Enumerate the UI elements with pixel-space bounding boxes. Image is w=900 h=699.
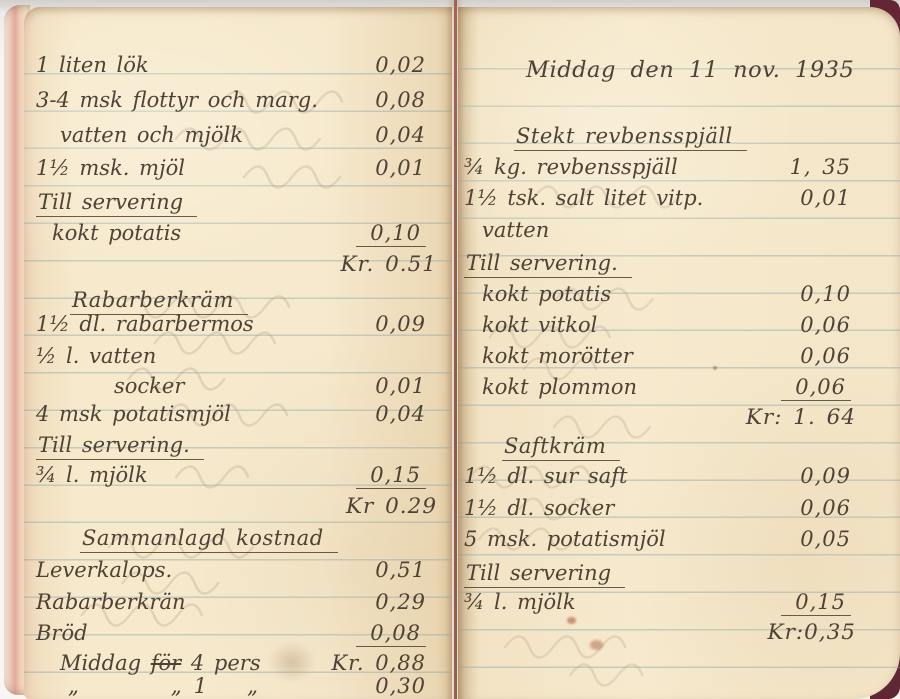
text-part: „ <box>171 674 182 698</box>
entry-text: 5 msk. potatismjöl <box>464 527 666 551</box>
price-amount: 0,10 <box>800 282 851 306</box>
price-amount: 0,09 <box>800 464 851 488</box>
entry-text: kokt vitkol <box>482 313 597 337</box>
entry-row: ¾ l. mjölk0,15 <box>464 590 894 620</box>
entry-row: vatten <box>464 218 894 248</box>
price-amount: 0,15 <box>781 590 851 616</box>
entry-text: ¾ l. mjölk <box>464 590 576 614</box>
entry-text: socker <box>114 374 184 398</box>
binding-gutter <box>446 0 464 699</box>
text-part: „ <box>68 674 79 698</box>
entry-text: Rabarberkrän <box>36 590 186 614</box>
price-amount: 0,08 <box>356 621 426 647</box>
entry-text: 1½ dl. sur saft <box>464 464 627 488</box>
entry-row: 5 msk. potatismjöl0,05 <box>464 527 894 557</box>
entry-text: Sammanlagd kostnad <box>80 526 338 553</box>
entry-text: Till servering <box>464 561 625 588</box>
right-page-entries: Middag den 11 nov. 1935Stekt revbensspjä… <box>458 7 900 699</box>
date-title: Middag den 11 nov. 1935 <box>464 57 894 87</box>
price-amount: 0,06 <box>800 344 851 368</box>
entry-text: Rabarberkräm <box>70 288 248 315</box>
ditto-marks-row: „„1„0,30 <box>36 674 446 699</box>
entry-text: 1½ msk. mjöl <box>36 156 185 180</box>
price-amount: 1, 35 <box>790 155 851 179</box>
price-amount: 0,01 <box>375 374 426 398</box>
entry-text: Till servering. <box>464 251 632 278</box>
entry-row: 4 msk potatismjöl0,04 <box>36 402 446 432</box>
entry-text: 4 msk potatismjöl <box>36 402 231 426</box>
text-part: 4 pers <box>181 651 260 675</box>
entry-text: 3-4 msk flottyr och marg. <box>36 88 318 112</box>
entry-text: 1 liten lök <box>36 53 149 77</box>
price-amount: 0,08 <box>375 88 426 112</box>
section-header: Sammanlagd kostnad <box>36 526 446 556</box>
text-part: Middag <box>60 651 151 675</box>
entry-text: Middag för 4 pers <box>60 651 261 675</box>
price-amount: 0,05 <box>800 527 851 551</box>
entry-row: vatten och mjölk0,04 <box>36 123 446 153</box>
entry-row: kokt potatis0,10 <box>36 221 446 251</box>
entry-text: Till servering <box>36 190 197 217</box>
total-amount: Kr:0,35 <box>768 620 856 645</box>
entry-row: socker0,01 <box>36 374 446 404</box>
entry-row: kokt vitkol0,06 <box>464 313 894 343</box>
price-amount: 0,02 <box>375 53 426 77</box>
price-amount: 0,51 <box>375 558 426 582</box>
entry-row: ½ l. vatten <box>36 344 446 374</box>
struck-word: för <box>151 651 181 675</box>
section-header: Saftkräm <box>464 434 894 464</box>
subsection-header: Till servering. <box>464 251 894 281</box>
entry-row: 1½ dl. socker0,06 <box>464 496 894 526</box>
entry-row: 1½ tsk. salt litet vitp.0,01 <box>464 186 894 216</box>
entry-text: 1½ tsk. salt litet vitp. <box>464 186 703 210</box>
price-amount: 0,30 <box>375 674 426 698</box>
entry-row: 1 liten lök0,02 <box>36 53 446 83</box>
entry-row: Bröd0,08 <box>36 621 446 651</box>
price-amount: 0,15 <box>356 463 426 489</box>
total-amount: Kr 0.29 <box>346 494 437 519</box>
entry-row: ¾ kg. revbensspjäll1, 35 <box>464 155 894 185</box>
total-amount-row: Kr 0.29 <box>36 494 446 524</box>
entry-text: ½ l. vatten <box>36 344 156 368</box>
price-amount: Kr. 0,88 <box>331 651 426 675</box>
entry-row: kokt potatis0,10 <box>464 282 894 312</box>
subsection-header: Till servering <box>36 190 446 220</box>
entry-text: Leverkalops. <box>36 558 172 582</box>
total-amount-row: Kr: 1. 64 <box>464 405 894 435</box>
entry-text: 1½ dl. rabarbermos <box>36 312 254 336</box>
entry-row: Rabarberkrän0,29 <box>36 590 446 620</box>
price-amount: 0,01 <box>375 156 426 180</box>
entry-row: 3-4 msk flottyr och marg.0,08 <box>36 88 446 118</box>
entry-text: kokt potatis <box>482 282 611 306</box>
text-part: 1 <box>194 674 207 698</box>
price-amount: 0,10 <box>356 221 426 247</box>
price-amount: 0,06 <box>781 375 851 401</box>
total-amount: Kr. 0.51 <box>340 252 437 277</box>
total-amount-row: Kr. 0.51 <box>36 252 446 282</box>
entry-text: Saftkräm <box>502 434 620 461</box>
entry-text: „„1„ <box>68 674 258 698</box>
notebook-scan: 1 liten lök0,023-4 msk flottyr och marg.… <box>0 0 900 699</box>
subsection-header: Till servering. <box>36 433 446 463</box>
right-page: Middag den 11 nov. 1935Stekt revbensspjä… <box>458 7 900 699</box>
entry-text: vatten och mjölk <box>60 123 243 147</box>
total-amount: Kr: 1. 64 <box>746 405 856 430</box>
price-amount: 0,06 <box>800 496 851 520</box>
price-amount: 0,09 <box>375 312 426 336</box>
entry-row: kokt morötter0,06 <box>464 344 894 374</box>
entry-text: ¾ l. mjölk <box>36 463 148 487</box>
entry-text: kokt morötter <box>482 344 633 368</box>
price-amount: 0,29 <box>375 590 426 614</box>
entry-row: ¾ l. mjölk0,15 <box>36 463 446 493</box>
text-part: „ <box>247 674 258 698</box>
left-page: 1 liten lök0,023-4 msk flottyr och marg.… <box>24 7 452 699</box>
entry-text: Bröd <box>36 621 88 645</box>
entry-text: Middag den 11 nov. 1935 <box>526 57 854 83</box>
entry-row: 1½ dl. rabarbermos0,09 <box>36 312 446 342</box>
entry-row: 1½ msk. mjöl0,01 <box>36 156 446 186</box>
entry-row: kokt plommon0,06 <box>464 375 894 405</box>
entry-text: 1½ dl. socker <box>464 496 614 520</box>
total-amount-row: Kr:0,35 <box>464 620 894 650</box>
entry-text: kokt potatis <box>52 221 181 245</box>
entry-text: ¾ kg. revbensspjäll <box>464 155 678 179</box>
left-page-entries: 1 liten lök0,023-4 msk flottyr och marg.… <box>24 7 452 699</box>
entry-row: 1½ dl. sur saft0,09 <box>464 464 894 494</box>
entry-text: Till servering. <box>36 433 204 460</box>
entry-row: Leverkalops.0,51 <box>36 558 446 588</box>
subsection-header: Till servering <box>464 561 894 591</box>
price-amount: 0,06 <box>800 313 851 337</box>
section-header: Stekt revbensspjäll <box>464 124 894 154</box>
entry-text: vatten <box>482 218 549 242</box>
price-amount: 0,04 <box>375 402 426 426</box>
price-amount: 0,01 <box>800 186 851 210</box>
price-amount: 0,04 <box>375 123 426 147</box>
entry-text: Stekt revbensspjäll <box>514 124 747 151</box>
entry-text: kokt plommon <box>482 375 637 399</box>
